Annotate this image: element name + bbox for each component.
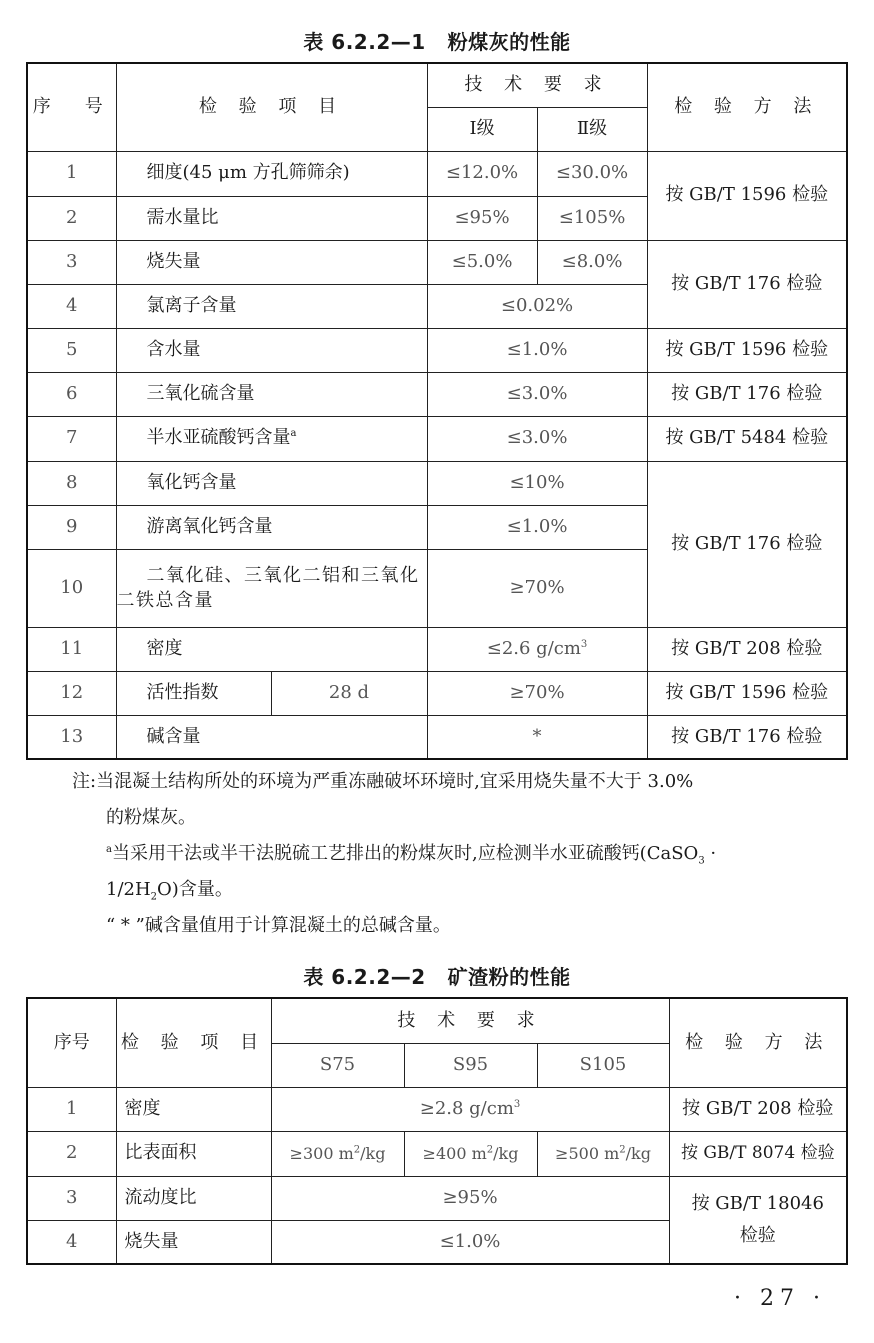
row-grade-2: ≤105% <box>537 196 647 240</box>
row-item: 二氧化硅、三氧化二铝和三氧化二铁总含量 <box>116 549 427 627</box>
row-value-text: ≥2.8 g/cm <box>420 1098 514 1119</box>
row-grade-1: ≤95% <box>427 196 537 240</box>
row-method: 按 GB/T 1596 检验 <box>647 328 847 372</box>
table2-header-row: 序号 检 验 项 目 技 术 要 求 检 验 方 法 <box>27 998 847 1043</box>
table2-caption: 表 6.2.2—2矿渣粉的性能 <box>0 961 874 990</box>
table-row: 3 流动度比 ≥95% 按 GB/T 18046 检验 <box>27 1176 847 1220</box>
row-item: 三氧化硫含量 <box>116 372 427 416</box>
row-value: * <box>427 715 647 759</box>
table-row: 12 活性指数 28 d ≥70% 按 GB/T 1596 检验 <box>27 671 847 715</box>
fly-ash-properties-table: 序 号 检 验 项 目 技 术 要 求 检 验 方 法 Ⅰ级 Ⅱ级 1 细度(4… <box>26 62 848 760</box>
method-line-2: 检验 <box>670 1220 847 1252</box>
header-grade-1: Ⅰ级 <box>427 107 537 151</box>
header-s105: S105 <box>537 1043 669 1087</box>
slag-powder-properties-table: 序号 检 验 项 目 技 术 要 求 检 验 方 法 S75 S95 S105 … <box>26 997 848 1265</box>
row-s95: ≥400 m2/kg <box>404 1131 537 1176</box>
row-value: ≥70% <box>427 549 647 627</box>
table1-caption: 表 6.2.2—1粉煤灰的性能 <box>0 26 874 55</box>
note-a-end: · <box>705 843 716 864</box>
table-row: 3 烧失量 ≤5.0% ≤8.0% 按 GB/T 176 检验 <box>27 240 847 284</box>
row-item: 细度(45 μm 方孔筛筛余) <box>116 151 427 196</box>
row-seq: 3 <box>27 1176 116 1220</box>
row-method: 按 GB/T 1596 检验 <box>647 151 847 240</box>
note-a: a当采用干法或半干法脱硫工艺排出的粉煤灰时,应检测半水亚硫酸钙(CaSO3 · <box>72 836 862 872</box>
row-value: ≥2.8 g/cm3 <box>271 1087 669 1131</box>
row-subitem: 28 d <box>271 671 427 715</box>
row-item: 活性指数 <box>116 671 271 715</box>
method-line-1: 按 GB/T 18046 <box>670 1188 847 1220</box>
row-method: 按 GB/T 208 检验 <box>669 1087 847 1131</box>
row-value: ≤1.0% <box>271 1220 669 1264</box>
row-method: 按 GB/T 176 检验 <box>647 461 847 627</box>
row-seq: 11 <box>27 627 116 671</box>
row-item-text: 半水亚硫酸钙含量 <box>147 427 291 448</box>
row-item: 半水亚硫酸钙含量a <box>116 416 427 461</box>
row-item: 烧失量 <box>116 1220 271 1264</box>
row-item: 比表面积 <box>116 1131 271 1176</box>
row-method: 按 GB/T 208 检验 <box>647 627 847 671</box>
table-row: 1 密度 ≥2.8 g/cm3 按 GB/T 208 检验 <box>27 1087 847 1131</box>
table1-header-row: 序 号 检 验 项 目 技 术 要 求 检 验 方 法 <box>27 63 847 107</box>
table-row: 7 半水亚硫酸钙含量a ≤3.0% 按 GB/T 5484 检验 <box>27 416 847 461</box>
row-seq: 1 <box>27 1087 116 1131</box>
row-item: 氯离子含量 <box>116 284 427 328</box>
row-value: ≥95% <box>271 1176 669 1220</box>
row-seq: 3 <box>27 240 116 284</box>
row-value: ≤3.0% <box>427 416 647 461</box>
row-grade-2: ≤8.0% <box>537 240 647 284</box>
row-s105: ≥500 m2/kg <box>537 1131 669 1176</box>
table-row: 11 密度 ≤2.6 g/cm3 按 GB/T 208 检验 <box>27 627 847 671</box>
note-1-text: 当混凝土结构所处的环境为严重冻融破坏环境时,宜采用烧失量不大于 3.0% <box>96 771 693 792</box>
table-row: 5 含水量 ≤1.0% 按 GB/T 1596 检验 <box>27 328 847 372</box>
row-method: 按 GB/T 5484 检验 <box>647 416 847 461</box>
table-row: 6 三氧化硫含量 ≤3.0% 按 GB/T 176 检验 <box>27 372 847 416</box>
table1-caption-number: 表 6.2.2—1 <box>303 30 425 54</box>
value-text: ≥300 m <box>290 1144 354 1163</box>
row-seq: 13 <box>27 715 116 759</box>
row-seq: 6 <box>27 372 116 416</box>
note-1: 注:当混凝土结构所处的环境为严重冻融破坏环境时,宜采用烧失量不大于 3.0% <box>72 764 862 800</box>
superscript: 3 <box>581 639 587 650</box>
header-seq: 序号 <box>27 998 116 1087</box>
row-item: 需水量比 <box>116 196 427 240</box>
row-seq: 2 <box>27 196 116 240</box>
row-value: ≥70% <box>427 671 647 715</box>
row-seq: 8 <box>27 461 116 505</box>
row-value-text: ≤2.6 g/cm <box>487 638 581 659</box>
row-grade-1: ≤5.0% <box>427 240 537 284</box>
row-method: 按 GB/T 176 检验 <box>647 240 847 328</box>
row-seq: 5 <box>27 328 116 372</box>
table1-notes: 注:当混凝土结构所处的环境为严重冻融破坏环境时,宜采用烧失量不大于 3.0% 的… <box>72 764 862 944</box>
row-seq: 7 <box>27 416 116 461</box>
superscript: 3 <box>514 1099 520 1110</box>
table2-caption-title: 矿渣粉的性能 <box>448 965 571 989</box>
row-item: 密度 <box>116 1087 271 1131</box>
unit-text: /kg <box>493 1144 518 1163</box>
row-method: 按 GB/T 18046 检验 <box>669 1176 847 1264</box>
row-item: 含水量 <box>116 328 427 372</box>
table2-caption-number: 表 6.2.2—2 <box>303 965 425 989</box>
header-item: 检 验 项 目 <box>116 998 271 1087</box>
row-value: ≤1.0% <box>427 505 647 549</box>
row-s75: ≥300 m2/kg <box>271 1131 404 1176</box>
note-asterisk: “ * ”碱含量值用于计算混凝土的总碱含量。 <box>72 908 862 944</box>
row-seq: 12 <box>27 671 116 715</box>
row-seq: 1 <box>27 151 116 196</box>
row-value: ≤10% <box>427 461 647 505</box>
table-row: 2 比表面积 ≥300 m2/kg ≥400 m2/kg ≥500 m2/kg … <box>27 1131 847 1176</box>
formula-part: 1/2H <box>106 879 151 900</box>
row-value: ≤3.0% <box>427 372 647 416</box>
table-row: 13 碱含量 * 按 GB/T 176 检验 <box>27 715 847 759</box>
header-grade-2: Ⅱ级 <box>537 107 647 151</box>
row-seq: 10 <box>27 549 116 627</box>
note-a-text: 当采用干法或半干法脱硫工艺排出的粉煤灰时,应检测半水亚硫酸钙(CaSO <box>112 843 698 864</box>
row-value: ≤0.02% <box>427 284 647 328</box>
table-row: 1 细度(45 μm 方孔筛筛余) ≤12.0% ≤30.0% 按 GB/T 1… <box>27 151 847 196</box>
header-method: 检 验 方 法 <box>647 63 847 151</box>
unit-text: /kg <box>626 1144 651 1163</box>
header-method: 检 验 方 法 <box>669 998 847 1087</box>
table-row: 8 氧化钙含量 ≤10% 按 GB/T 176 检验 <box>27 461 847 505</box>
row-seq: 4 <box>27 284 116 328</box>
row-grade-1: ≤12.0% <box>427 151 537 196</box>
row-method: 按 GB/T 176 检验 <box>647 715 847 759</box>
header-seq: 序 号 <box>27 63 116 151</box>
row-method: 按 GB/T 176 检验 <box>647 372 847 416</box>
row-item: 碱含量 <box>116 715 427 759</box>
row-method: 按 GB/T 8074 检验 <box>669 1131 847 1176</box>
footnote-marker: a <box>291 428 297 439</box>
header-s75: S75 <box>271 1043 404 1087</box>
note-label: 注: <box>72 771 96 792</box>
formula-part: O)含量。 <box>157 879 233 900</box>
row-seq: 4 <box>27 1220 116 1264</box>
row-value: ≤2.6 g/cm3 <box>427 627 647 671</box>
value-text: ≥500 m <box>555 1144 619 1163</box>
row-item: 氧化钙含量 <box>116 461 427 505</box>
header-s95: S95 <box>404 1043 537 1087</box>
row-seq: 9 <box>27 505 116 549</box>
row-item: 游离氧化钙含量 <box>116 505 427 549</box>
header-requirements: 技 术 要 求 <box>271 998 669 1043</box>
row-item: 烧失量 <box>116 240 427 284</box>
row-grade-2: ≤30.0% <box>537 151 647 196</box>
row-item: 密度 <box>116 627 427 671</box>
header-item: 检 验 项 目 <box>116 63 427 151</box>
row-value: ≤1.0% <box>427 328 647 372</box>
note-a-continued: 1/2H2O)含量。 <box>72 872 862 908</box>
page-number: · 27 · <box>734 1286 826 1311</box>
table1-caption-title: 粉煤灰的性能 <box>448 30 571 54</box>
header-requirements: 技 术 要 求 <box>427 63 647 107</box>
row-seq: 2 <box>27 1131 116 1176</box>
row-item: 流动度比 <box>116 1176 271 1220</box>
unit-text: /kg <box>360 1144 385 1163</box>
value-text: ≥400 m <box>423 1144 487 1163</box>
note-1-continued: 的粉煤灰。 <box>72 800 862 836</box>
row-method: 按 GB/T 1596 检验 <box>647 671 847 715</box>
